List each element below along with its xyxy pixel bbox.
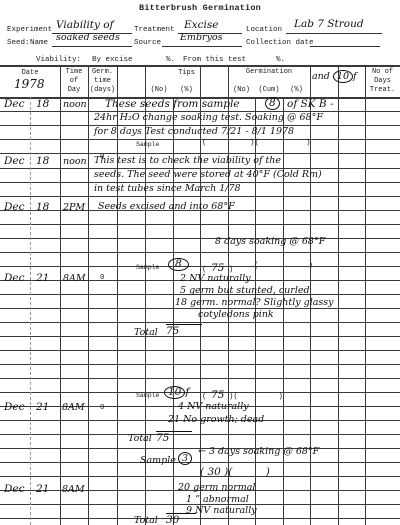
paren-open: (	[254, 262, 259, 270]
viability-label: Viability:	[36, 56, 81, 64]
header-germ-pct: (%)	[283, 86, 310, 95]
entry6-time: 8AM	[62, 484, 85, 495]
sample-suffix: f	[185, 386, 189, 398]
entry4-line4: cotyledons pink	[198, 309, 274, 320]
entry5-germ-time: 0	[100, 404, 105, 412]
entry4-note: 8 days soaking @ 68°F	[215, 236, 325, 247]
entry1-time: noon	[63, 99, 87, 110]
entry5-day: 21	[36, 401, 49, 413]
collection-date-label: Collection date	[246, 39, 314, 47]
pct-label-2: %.	[276, 56, 285, 64]
entry2-line1: This test is to check the viability of t…	[94, 155, 281, 166]
circled-sample-8b: 8	[168, 258, 189, 271]
grid-line	[30, 97, 31, 525]
entry4-month: Dec	[4, 272, 25, 284]
entry5-sample-id: 10f	[164, 386, 189, 399]
paren-close: )	[309, 262, 314, 270]
printed-paren-close: )	[306, 139, 311, 147]
experiment-value-line2: soaked seeds	[56, 32, 120, 43]
extra-note-text: and	[312, 71, 330, 82]
entry6-total-value: 30	[166, 513, 196, 525]
location-field: Lab 7 Stroud	[286, 22, 382, 34]
printed-sample-label: Sample	[136, 141, 159, 148]
extra-circled-sample: 10	[333, 70, 353, 83]
treatment-value: Excise	[184, 19, 218, 31]
entry6-sample-label: Sample	[140, 455, 176, 466]
entry3-line1: Seeds excised and into 68°F	[98, 201, 235, 212]
entry5-paren: ( 75 )( )	[202, 389, 283, 401]
header-extra-note: and 10f	[312, 70, 357, 83]
entry6-note: ← 3 days soaking @ 68°F	[198, 446, 319, 457]
name-field: soaked seeds	[52, 35, 132, 47]
header-germ-time: Germ. time (days)	[88, 68, 117, 95]
header-germ-line1: Germ.	[88, 68, 117, 77]
header-time-line1: Time	[60, 68, 88, 77]
entry4-total-value: 75	[166, 324, 202, 337]
pct-label-1: %.	[166, 56, 175, 64]
grid-line	[338, 65, 339, 525]
entry3-day: 18	[36, 201, 49, 213]
entry5-line2: 21 No growth; dead	[168, 414, 264, 425]
entry4-line1: 2 NV naturally	[180, 273, 251, 284]
entry2-month: Dec	[4, 155, 25, 167]
header-germ-cum: (Cum)	[255, 86, 283, 95]
header-germ-line2: time	[88, 77, 117, 86]
by-excise-label: By excise	[92, 56, 133, 64]
experiment-value-line1: Viability of	[56, 19, 114, 31]
entry4-line2: 5 germ but stunted, curled	[180, 285, 310, 296]
entry5-total-label: Total	[128, 433, 152, 444]
header-tips-pct: (%)	[173, 86, 200, 95]
entry6-month: Dec	[4, 483, 25, 495]
header-germ-line3: (days)	[88, 86, 117, 95]
header-tips: Tips	[145, 69, 228, 78]
entry2-line2: seeds. The seed were stored at 40°F (Col…	[94, 169, 322, 180]
source-label: Source	[134, 39, 161, 47]
printed-paren-open: (	[202, 139, 207, 147]
entry1-circled-sample: 8	[265, 97, 280, 110]
header-date-year: 1978	[14, 77, 45, 91]
header-days-line1: No of	[365, 68, 400, 77]
name-label: Name	[30, 39, 48, 47]
entry6-total-label: Total	[134, 515, 158, 525]
collection-date-field	[310, 35, 380, 47]
entry6-count-value: 30	[207, 466, 220, 478]
entry6-count: ( 30 )( )	[200, 466, 270, 478]
source-value: Embryos	[180, 32, 223, 43]
source-field: Embryos	[162, 35, 242, 47]
entry1-line2: of SK B -	[287, 98, 334, 110]
header-tips-no: (No)	[145, 86, 173, 95]
entry4-total-label: Total	[134, 327, 158, 338]
location-label: Location	[246, 26, 282, 34]
seed-label: Seed:	[7, 39, 30, 47]
grid-line	[60, 65, 61, 525]
entry4-day: 21	[36, 272, 49, 284]
circled-sample-8: 8	[265, 97, 280, 110]
circled-sample-3: 3	[178, 452, 192, 465]
header-time-line3: Day	[60, 86, 88, 95]
extra-suffix: f	[353, 71, 357, 82]
entry4-sample-label: Sample	[136, 264, 159, 271]
entry2-line3: in test tubes since March 1/78	[94, 183, 241, 194]
experiment-label: Experiment	[7, 26, 52, 34]
header-time-line2: of	[60, 77, 88, 86]
treatment-label: Treatment	[134, 26, 175, 34]
entry1-line4: for 8 days Test conducted 7/21 - 8/1 197…	[94, 126, 294, 137]
entry2-time: noon	[63, 156, 87, 167]
header-days-line3: Treat.	[365, 86, 400, 95]
entry1-day: 18	[36, 98, 49, 110]
entry3-month: Dec	[4, 201, 25, 213]
header-days-line2: Days	[365, 77, 400, 86]
entry4-line3: 18 germ. normal? Slightly glassy	[175, 297, 334, 308]
entry6-sample-id: 3	[178, 452, 192, 465]
header-time: Time of Day	[60, 68, 88, 95]
header-germ-no: (No)	[228, 86, 255, 95]
entry4-germ-time: 0	[100, 274, 105, 282]
entry5-total-value: 75	[156, 431, 192, 444]
entry4-paren2: ()	[254, 262, 313, 270]
from-this-test-label: From this test	[183, 56, 246, 64]
entry6-line3: 9 NV naturally	[186, 505, 257, 516]
entry6-line2: 1 ” abnormal	[186, 494, 249, 505]
entry5-time: 8AM	[62, 402, 85, 413]
printed-paren-mid: )(	[250, 139, 259, 147]
grid-line	[365, 65, 366, 525]
entry5-month: Dec	[4, 401, 25, 413]
header-days-treat: No of Days Treat.	[365, 68, 400, 95]
grid-line	[283, 97, 284, 525]
entry1-line1: These seeds from sample	[105, 98, 240, 110]
entry3-time: 2PM	[63, 202, 85, 213]
grid-line	[88, 65, 89, 525]
entry6-day: 21	[36, 483, 49, 495]
entry5-line1: 4 NV naturally	[178, 401, 249, 412]
form-title: Bitterbrush Germination	[0, 3, 400, 13]
entry4-sample-id: 8	[168, 258, 189, 271]
entry5-count: 75	[211, 389, 224, 401]
entry1-month: Dec	[4, 98, 25, 110]
entry2-day: 18	[36, 155, 49, 167]
entry6-line1: 20 germ normal	[178, 482, 255, 493]
entry4-time: 8AM	[63, 273, 86, 284]
header-germination: Germination	[228, 68, 310, 77]
entry5-sample-label: Sample	[136, 392, 159, 399]
location-value: Lab 7 Stroud	[294, 18, 364, 30]
circled-sample-10: 10	[164, 386, 185, 399]
entry1-line3: 24hr H₂O change soaking test. Soaking @ …	[94, 112, 323, 123]
